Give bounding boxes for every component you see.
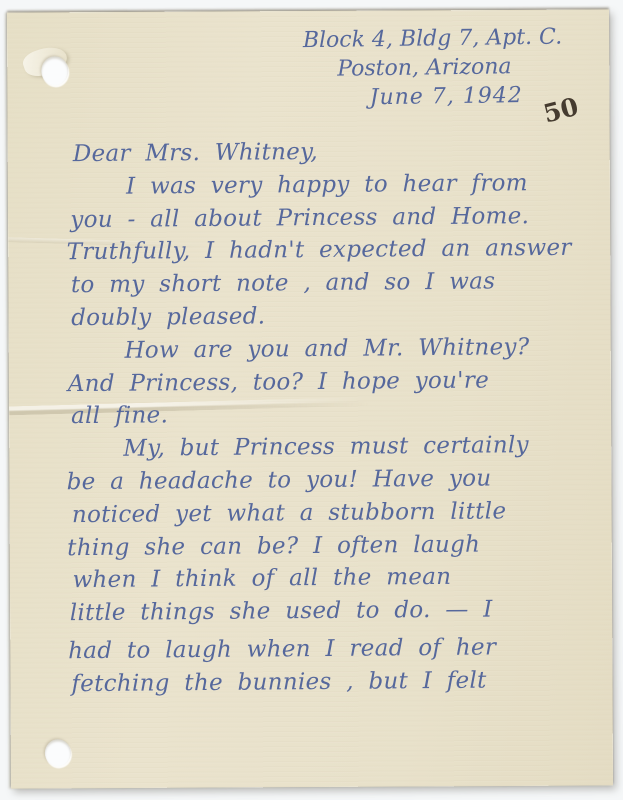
letter-body: Dear Mrs. Whitney, I was very happy to h… xyxy=(64,134,599,701)
letter-line: How are you and Mr. Whitney? xyxy=(124,330,595,367)
letter-line: be a headache to you! Have you xyxy=(67,462,597,499)
letter-heading: Block 4, Bldg 7, Apt. C. Poston, Arizona… xyxy=(303,23,563,114)
letter-line: And Princess, too? I hope you're xyxy=(68,363,596,400)
date-line: June 7, 1942 xyxy=(369,81,563,113)
letter-line: all fine. xyxy=(71,396,596,433)
address-line-2: Poston, Arizona xyxy=(337,52,563,84)
letter-paper: Block 4, Bldg 7, Apt. C. Poston, Arizona… xyxy=(7,9,613,788)
letter-line: fetching the bunnies , but I felt xyxy=(71,663,598,700)
hole-punch-top xyxy=(41,56,68,85)
salutation: Dear Mrs. Whitney, xyxy=(73,134,594,171)
letter-line: I was very happy to hear from xyxy=(126,166,594,203)
letter-line: thing she can be? I often laugh xyxy=(67,527,597,564)
scanned-letter-background: Block 4, Bldg 7, Apt. C. Poston, Arizona… xyxy=(0,0,623,800)
letter-line: you - all about Princess and Home. xyxy=(70,199,594,236)
letter-line: doubly pleased. xyxy=(71,298,595,335)
letter-line: to my short note , and so I was xyxy=(71,265,595,302)
hole-punch-bottom xyxy=(45,739,71,766)
letter-line: Truthfully, I hadn't expected an answer xyxy=(67,232,595,269)
letter-line: little things she used to do. — I xyxy=(70,593,598,630)
letter-line: noticed yet what a stubborn little xyxy=(72,494,597,531)
letter-line: had to laugh when I read of her xyxy=(68,631,598,668)
letter-line: when I think of all the mean xyxy=(72,560,597,597)
letter-line: My, but Princess must certainly xyxy=(123,429,596,466)
address-line-1: Block 4, Bldg 7, Apt. C. xyxy=(303,23,563,56)
